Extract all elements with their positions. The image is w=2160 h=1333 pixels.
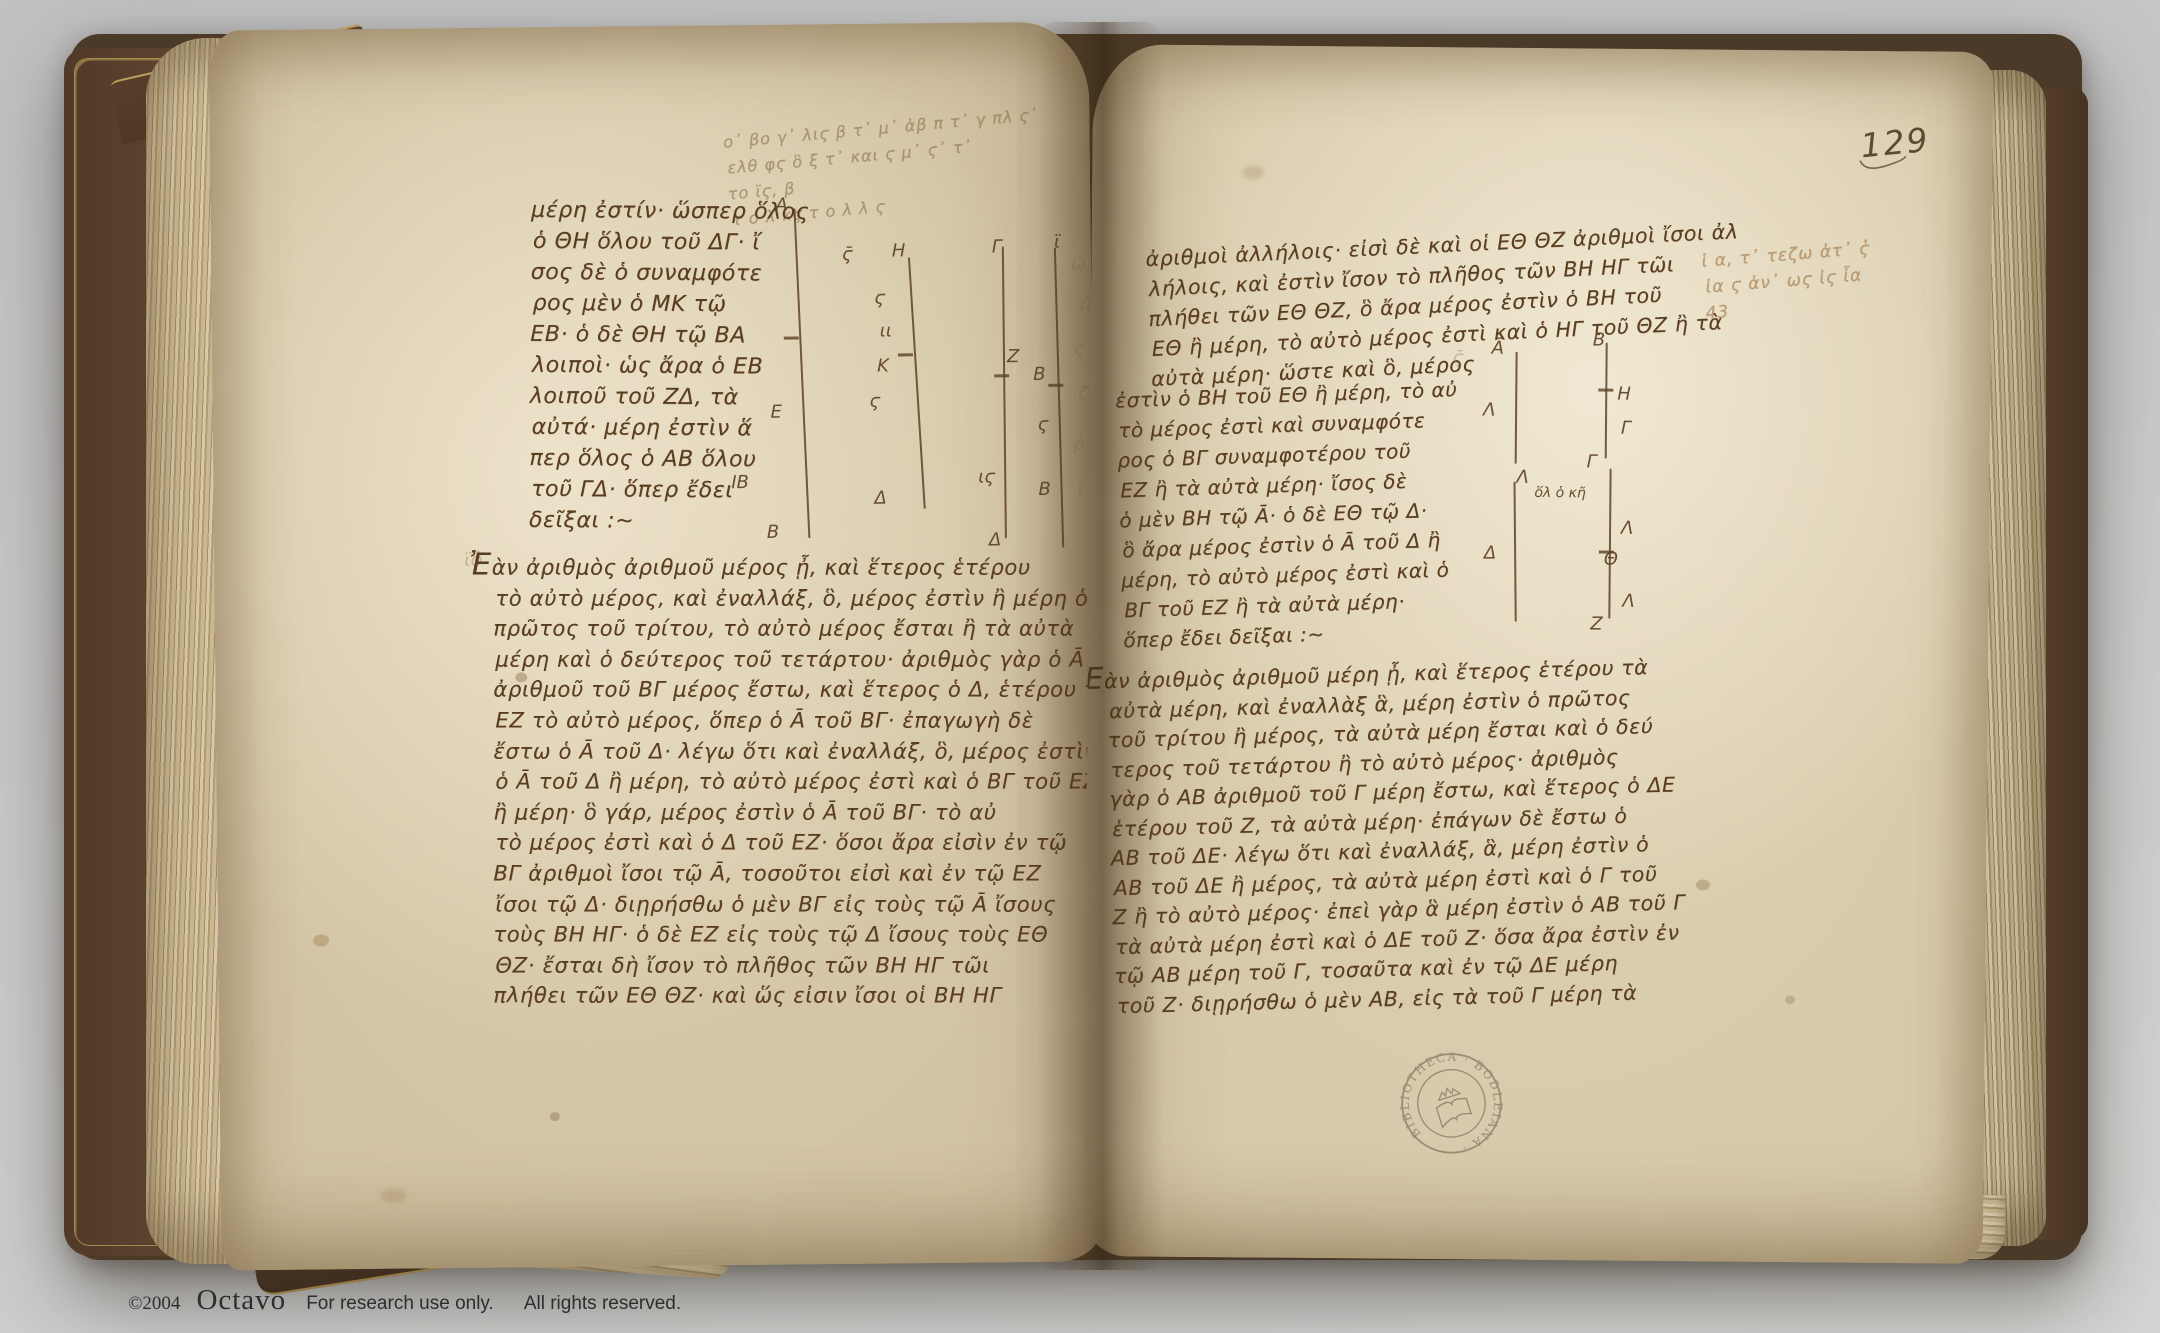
stamp-crown (1436, 1085, 1460, 1100)
manuscript-line: δεῖξαι :~ (529, 505, 807, 538)
diagram-label: Ζ (1590, 613, 1603, 634)
manuscript-line: πλήθει τῶν ΕΘ ΘΖ· καὶ ὥς εἰσιν ἴσοι οἱ Β… (493, 981, 1101, 1012)
right-page: 129 ἱ α, τ᾽ τεζω ἀτ᾽ ϛ̔ἰα ϛ ἀν᾽ ωϛ ἰϛ ἶα… (1083, 44, 1994, 1264)
diagram-label: ιι (880, 321, 892, 342)
diagram-tick (994, 374, 1009, 377)
manuscript-line: ἀριθμοῦ τοῦ ΒΓ μέρος ἔστω, καὶ ἕτερος ὁ … (493, 675, 1101, 706)
diagram-label: ϛ (1038, 414, 1049, 435)
manuscript-line: σος δὲ ὁ συναμφότε (531, 257, 809, 290)
diagram-label: Γ (1621, 418, 1631, 439)
manuscript-line: ΒΓ ἀριθμοὶ ἴσοι τῷ Ᾱ, τοσοῦτοι εἰσὶ καὶ … (493, 858, 1101, 889)
manuscript-line: ἢ μέρη· ὃ γάρ, μέρος ἐστὶν ὁ Ᾱ τοῦ ΒΓ· τ… (493, 797, 1101, 828)
diagram-label: Λ (1621, 518, 1634, 539)
library-stamp: BIBLIOTHECA · BODLEIANA · (1381, 1033, 1523, 1177)
usage-notice: For research use only. (306, 1293, 494, 1315)
manuscript-line: Ἐὰν ἀριθμὸς ἀριθμοῦ μέρος ᾖ, καὶ ἕτερος … (469, 550, 1101, 583)
manuscript-line: πρῶτος τοῦ τρίτου, τὸ αὐτὸ μέρος ἔσται ἢ… (493, 614, 1101, 645)
manuscript-line: τὸ μέρος ἐστὶ καὶ ὁ Δ τοῦ ΕΖ· ὅσοι ἄρα ε… (495, 828, 1101, 859)
manuscript-line: περ ὅλος ὁ ΑΒ ὅλου (529, 443, 807, 476)
text-block-proposition-10: Ἐὰν ἀριθμὸς ἀριθμοῦ μέρη ᾖ, καὶ ἕτερος ἑ… (1106, 649, 1688, 1021)
manuscript-line: ἴσοι τῷ Δ· διῃρήσθω ὁ μὲν ΒΓ εἰς τοὺς τῷ… (495, 889, 1101, 920)
manuscript-line: ΕΖ τὸ αὐτὸ μέρος, ὅπερ ὁ Ᾱ τοῦ ΒΓ· ἐπαγω… (495, 705, 1101, 736)
diagram-label: Η (892, 240, 906, 261)
diagram-label: ϛ (874, 288, 885, 309)
diagram-label: Θ (1604, 549, 1618, 570)
diagram-label: ϊ (1054, 232, 1060, 253)
parchment-stain (550, 1112, 560, 1121)
manuscript-line: λοιποὶ· ὡς ἄρα ὁ ΕΒ (532, 350, 808, 383)
diagram-label: Λ (1483, 400, 1496, 421)
diagram-label: Γ (992, 236, 1002, 257)
diagram-label: Λ (1516, 467, 1529, 488)
text-block-proof-wide: ἀριθμοὶ ἀλλήλοις· εἰσὶ δὲ καὶ οἱ ΕΘ ΘΖ ἀ… (1145, 216, 1745, 394)
diagram-label: ῶ (1071, 253, 1086, 274)
publisher-logo: Octavo (196, 1284, 286, 1317)
diagram-tick (1599, 551, 1614, 554)
diagram-number-line (908, 257, 926, 509)
diagram-tick (898, 353, 913, 356)
copyright-footer: ©2004 Octavo For research use only. All … (128, 1284, 681, 1317)
diagram-label: Η (1617, 384, 1631, 405)
diagram-label: ὅλ ὁ κῆ (1534, 485, 1586, 501)
manuscript-line: τὸ αὐτὸ μέρος, καὶ ἐναλλάξ, ὃ, μέρος ἐστ… (495, 583, 1101, 614)
diagram-label: ῥ (1079, 293, 1091, 314)
manuscript-line: ΘΖ· ἔσται δὴ ἴσον τὸ πλῆθος τῶν ΒΗ ΗΓ τῶ… (495, 950, 1101, 981)
text-block-proof-narrow: ἐστὶν ὁ ΒΗ τοῦ ΕΘ ἢ μέρη, τὸ αὐτὸ μέρος … (1115, 374, 1466, 655)
diagram-label: ιϛ (978, 466, 995, 487)
left-page: ο᾽ βο γ᾽ λιϛ β τ᾽ μ᾽ ἀβ π τ᾽ γ πλ ϛ᾽ελθ … (209, 21, 1102, 1270)
diagram-label: Β (1033, 364, 1046, 385)
manuscript-photo: ο᾽ βο γ᾽ λιϛ β τ᾽ μ᾽ ἀβ π τ᾽ γ πλ ϛ᾽ελθ … (0, 0, 2160, 1333)
manuscript-line: ὁ Ᾱ τοῦ Δ ἢ μέρη, τὸ αὐτὸ μέρος ἐστὶ καὶ… (495, 767, 1101, 798)
manuscript-line: ρος μὲν ὁ ΜΚ τῷ (532, 288, 808, 321)
parchment-stain (1696, 879, 1710, 890)
folio-number: 129 (1859, 120, 1931, 165)
manuscript-line: ἔστω ὁ Ᾱ τοῦ Δ· λέγω ὅτι καὶ ἐναλλάξ, ὃ,… (493, 736, 1101, 767)
diagram-number-line (1514, 482, 1517, 622)
manuscript-line: ὁ ΘΗ ὅλου τοῦ ΔΓ· ἴ (533, 226, 809, 259)
text-block-proposition-9: Ἐὰν ἀριθμὸς ἀριθμοῦ μέρος ᾖ, καὶ ἕτερος … (493, 550, 1101, 1011)
diagram-label: ϛ (869, 391, 880, 412)
rights-notice: All rights reserved. (524, 1293, 681, 1315)
diagram-label: Λ (1622, 591, 1635, 612)
diagram-tick (1598, 389, 1613, 392)
diagram-number-line (1002, 246, 1007, 538)
diagram-label: Δ (1484, 543, 1497, 564)
manuscript-line: λοιποῦ τοῦ ΖΔ, τὰ (530, 381, 808, 414)
diagram-label: ϛ̄ (842, 244, 853, 265)
diagram-label: ϊ (1077, 479, 1083, 500)
manuscript-line: ΕΒ· ὁ δὲ ΘΗ τῷ ΒΑ (530, 319, 808, 352)
stamp-open-book (1436, 1096, 1473, 1127)
diagram-number-line (1608, 469, 1611, 619)
diagram-tick (1048, 384, 1063, 387)
diagram-label: Ζ (1007, 346, 1020, 367)
manuscript-line: τοὺς ΒΗ ΗΓ· ὁ δὲ ΕΖ εἰς τοὺς τῷ Δ ἴσους … (493, 920, 1101, 951)
diagram-label: Β (1038, 479, 1051, 500)
text-block-proposition-end: μέρη ἐστίν· ὥσπερ ὅλοςὁ ΘΗ ὅλου τοῦ ΔΓ· … (529, 195, 809, 538)
folio-flourish (1858, 152, 1909, 175)
diagram-number-line (1054, 248, 1064, 548)
manuscript-line: μέρη καὶ ὁ δεύτερος τοῦ τετάρτου· ἀριθμὸ… (495, 644, 1101, 675)
manuscript-line: αὐτά· μέρη ἐστὶν ἅ (532, 412, 808, 445)
manuscript-line: τοῦ ΓΔ· ὅπερ ἔδει (531, 474, 807, 507)
parchment-stain (381, 1189, 407, 1203)
copyright-year: ©2004 (128, 1293, 180, 1315)
manuscript-line: μέρη ἐστίν· ὥσπερ ὅλος (531, 195, 809, 228)
diagram-label: Δ (989, 529, 1002, 550)
diagram-label: Κ (877, 356, 889, 377)
parchment-stain (1785, 995, 1795, 1004)
diagram-label: ῤ (1073, 433, 1085, 454)
parchment-stain (1242, 165, 1264, 179)
diagram-label: Δ (874, 488, 887, 509)
parchment-stain (313, 934, 329, 946)
diagram-label: Γ (1587, 451, 1597, 472)
